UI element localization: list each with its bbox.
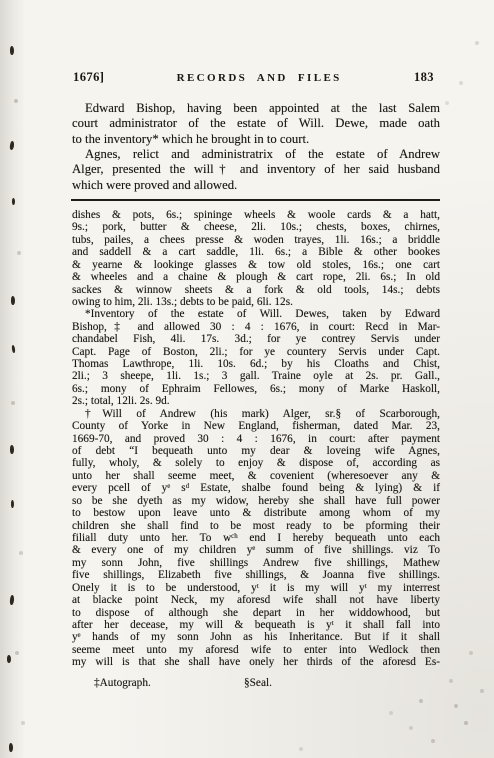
- seal-note: §Seal.: [244, 677, 272, 689]
- text-line: to bestow upon leave unto & distribute a…: [72, 507, 440, 519]
- text-line: County of Yorke in New England, fisherma…: [72, 420, 440, 432]
- text-line: 2s.; total, 12li. 2s. 9d.: [72, 395, 440, 407]
- footnote-symbol-key: ‡Autograph. §Seal.: [72, 677, 440, 691]
- text-line: sackes & winnow sheets & a fork & old to…: [72, 284, 440, 296]
- scanned-book-page: 1676] RECORDS AND FILES 183 Edward Bisho…: [0, 0, 494, 758]
- scan-speckle-noise: [0, 0, 2, 2]
- text-line: my sonn John, five shillings Andrew five…: [72, 557, 440, 569]
- scan-ink-mark: [9, 743, 13, 752]
- paragraph: *Inventory of the estate of Will. Dewes,…: [72, 308, 440, 407]
- text-line: and saddell & a cart saddle, 1li. 6s.; a…: [72, 246, 440, 258]
- text-line: & wheeles and a chaine & plough & cart r…: [72, 271, 440, 283]
- text-line: after her decease, my will & bequeath is…: [72, 619, 440, 631]
- text-line: dishes & pots, 6s.; spininge wheels & wo…: [72, 209, 440, 221]
- text-line: children she shall find to be most ready…: [72, 520, 440, 532]
- text-line: Thomas Lawthrope, 1li. 10s. 6d.; by his …: [72, 358, 440, 370]
- text-line: Agnes, relict and administratrix of the …: [72, 147, 440, 162]
- scan-ink-mark: [10, 46, 14, 55]
- text-line: Bishop,‡ and allowed 30 : 4 : 1676, in c…: [72, 321, 440, 333]
- text-line: fully, wholy, & solely to enjoy & dispos…: [72, 457, 440, 469]
- text-line: owing to him, 2li. 13s.; debts to be pai…: [72, 296, 440, 308]
- paragraph: Edward Bishop, having been appointed at …: [72, 101, 440, 147]
- text-line: tubs, pailes, a chees presse & woden tra…: [72, 234, 440, 246]
- text-line: & yearne & lookinge glasses & tow old st…: [72, 259, 440, 271]
- scan-ink-mark: [11, 296, 15, 305]
- text-line: chandabel Fish, 4li. 17s. 3d.; for ye co…: [72, 333, 440, 345]
- text-line: my will is that she shall have onely her…: [72, 656, 440, 668]
- text-line: five shillings, Elizabeth five shillings…: [72, 569, 440, 581]
- text-line: court administrator of the estate of Wil…: [72, 116, 440, 131]
- footnote-divider-rule: [71, 199, 440, 201]
- scan-ink-mark: [7, 655, 11, 663]
- text-line: Alger, presented the will† and inventory…: [72, 162, 440, 177]
- text-line: Edward Bishop, having been appointed at …: [72, 101, 440, 116]
- text-line: 6s.; mony of Ephraim Fellowes, 6s.; mony…: [72, 383, 440, 395]
- text-line: Capt. Page of Boston, 2li.; for ye count…: [72, 346, 440, 358]
- text-line: to the inventory* which he brought in to…: [72, 132, 440, 147]
- text-line: at blacke point Neck, my aforesd wife sh…: [72, 594, 440, 606]
- footnote-block: dishes & pots, 6s.; spininge wheels & wo…: [72, 209, 440, 669]
- text-line: unto her shall seeme meet, & covenient (…: [72, 470, 440, 482]
- running-title: RECORDS AND FILES: [177, 72, 342, 84]
- text-line: & every one of my children yᵉ summ of fi…: [72, 544, 440, 556]
- text-line: so be she dyeth as my widow, hereby she …: [72, 495, 440, 507]
- text-line: 1669-70, and proved 30 : 4 : 1676, in co…: [72, 433, 440, 445]
- paragraph: Agnes, relict and administratrix of the …: [72, 147, 440, 193]
- header-year: 1676]: [73, 70, 104, 85]
- autograph-note: ‡Autograph.: [94, 677, 151, 689]
- text-line: *Inventory of the estate of Will. Dewes,…: [72, 308, 440, 320]
- text-line: to dispose of although she depart in her…: [72, 607, 440, 619]
- text-line: 2li.; 3 sheepe, 1li. 1s.; 3 gall. Traine…: [72, 370, 440, 382]
- text-line: 9s.; pork, butter & cheese, 2li. 10s.; c…: [72, 221, 440, 233]
- page-header: 1676] RECORDS AND FILES 183: [73, 70, 434, 85]
- text-line: of debt “I bequeath unto my dear & lovei…: [72, 445, 440, 457]
- text-line: which were proved and allowed.: [72, 178, 440, 193]
- main-text-block: Edward Bishop, having been appointed at …: [72, 101, 440, 193]
- scan-ink-mark: [11, 500, 14, 508]
- text-line: yᵉ hands of my sonn John as his Inherita…: [72, 631, 440, 643]
- paragraph: dishes & pots, 6s.; spininge wheels & wo…: [72, 209, 440, 308]
- text-line: every pcell of yᵉ sᵈ Estate, shalbe foun…: [72, 482, 440, 494]
- text-line: Onely it is to be understood, yᵗ it is m…: [72, 582, 440, 594]
- paragraph: †Will of Andrew (his mark) Alger, sr.§ o…: [72, 408, 440, 669]
- text-line: †Will of Andrew (his mark) Alger, sr.§ o…: [72, 408, 440, 420]
- page-number: 183: [414, 70, 434, 85]
- text-line: filiall duty unto her. To wᶜʰ end I here…: [72, 532, 440, 544]
- text-line: seeme meet unto my aforesd wife to enter…: [72, 644, 440, 656]
- scan-ink-mark: [12, 198, 15, 205]
- scan-ink-mark: [10, 445, 14, 454]
